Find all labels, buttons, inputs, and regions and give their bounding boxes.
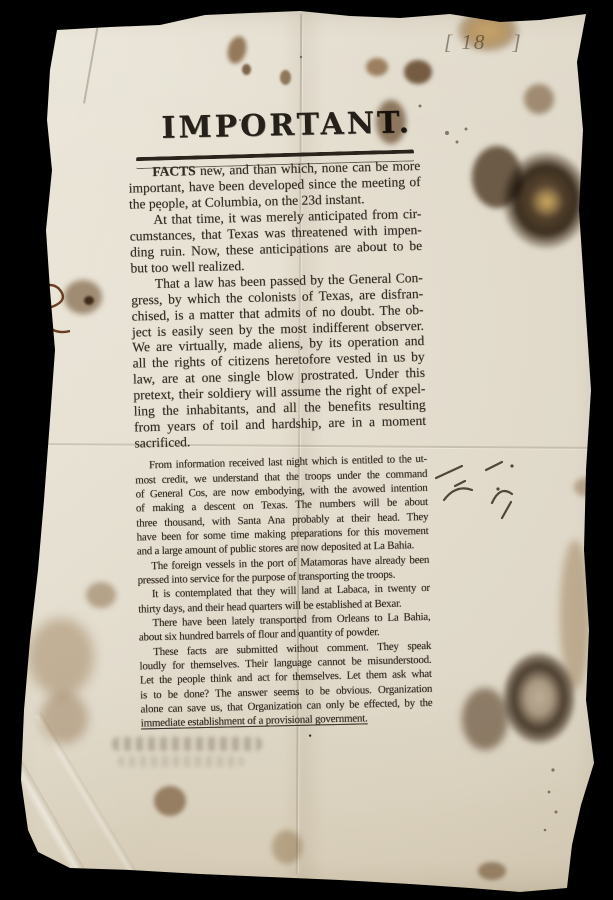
stain bbox=[84, 296, 94, 305]
stain bbox=[524, 84, 554, 114]
stain bbox=[225, 34, 250, 66]
stain bbox=[574, 478, 596, 496]
stain bbox=[462, 688, 508, 750]
large-ring-stain bbox=[496, 644, 582, 752]
stain bbox=[560, 540, 590, 690]
pencil-bracket-left: [ 18 bbox=[444, 30, 486, 54]
stain bbox=[154, 786, 186, 816]
paragraph: These facts are submitted without commen… bbox=[139, 638, 433, 731]
broadside-paper: [ 18] IMPORTANT. FACTS new, and than whi… bbox=[0, 0, 613, 900]
printed-text-block: IMPORTANT. FACTS new, and than which, no… bbox=[127, 109, 433, 744]
large-ink-stain bbox=[494, 142, 594, 254]
stain bbox=[64, 280, 102, 314]
show-through-text bbox=[118, 756, 244, 767]
stain bbox=[472, 146, 522, 208]
paragraph: At that time, it was merely anticipated … bbox=[129, 206, 422, 276]
paragraphs: FACTS new, and than which, none can be m… bbox=[127, 109, 433, 731]
stain bbox=[86, 582, 116, 608]
stain bbox=[478, 862, 506, 880]
pencil-year-notation: [ 18] bbox=[444, 30, 523, 55]
document-title: IMPORTANT. bbox=[161, 105, 412, 146]
corner-crease bbox=[83, 24, 99, 103]
stain bbox=[526, 182, 568, 222]
pencil-bracket-right: ] bbox=[512, 30, 522, 54]
edge-fiber-mark bbox=[36, 285, 70, 332]
paragraph: From information received last night whi… bbox=[135, 452, 429, 559]
stain bbox=[280, 70, 291, 85]
stain bbox=[366, 58, 388, 76]
stain bbox=[28, 618, 94, 696]
photograph-stage: [ 18] IMPORTANT. FACTS new, and than whi… bbox=[0, 0, 613, 900]
paragraph: That a law has been passed by the Genera… bbox=[131, 270, 427, 452]
stain bbox=[404, 60, 432, 84]
stain bbox=[242, 64, 251, 75]
